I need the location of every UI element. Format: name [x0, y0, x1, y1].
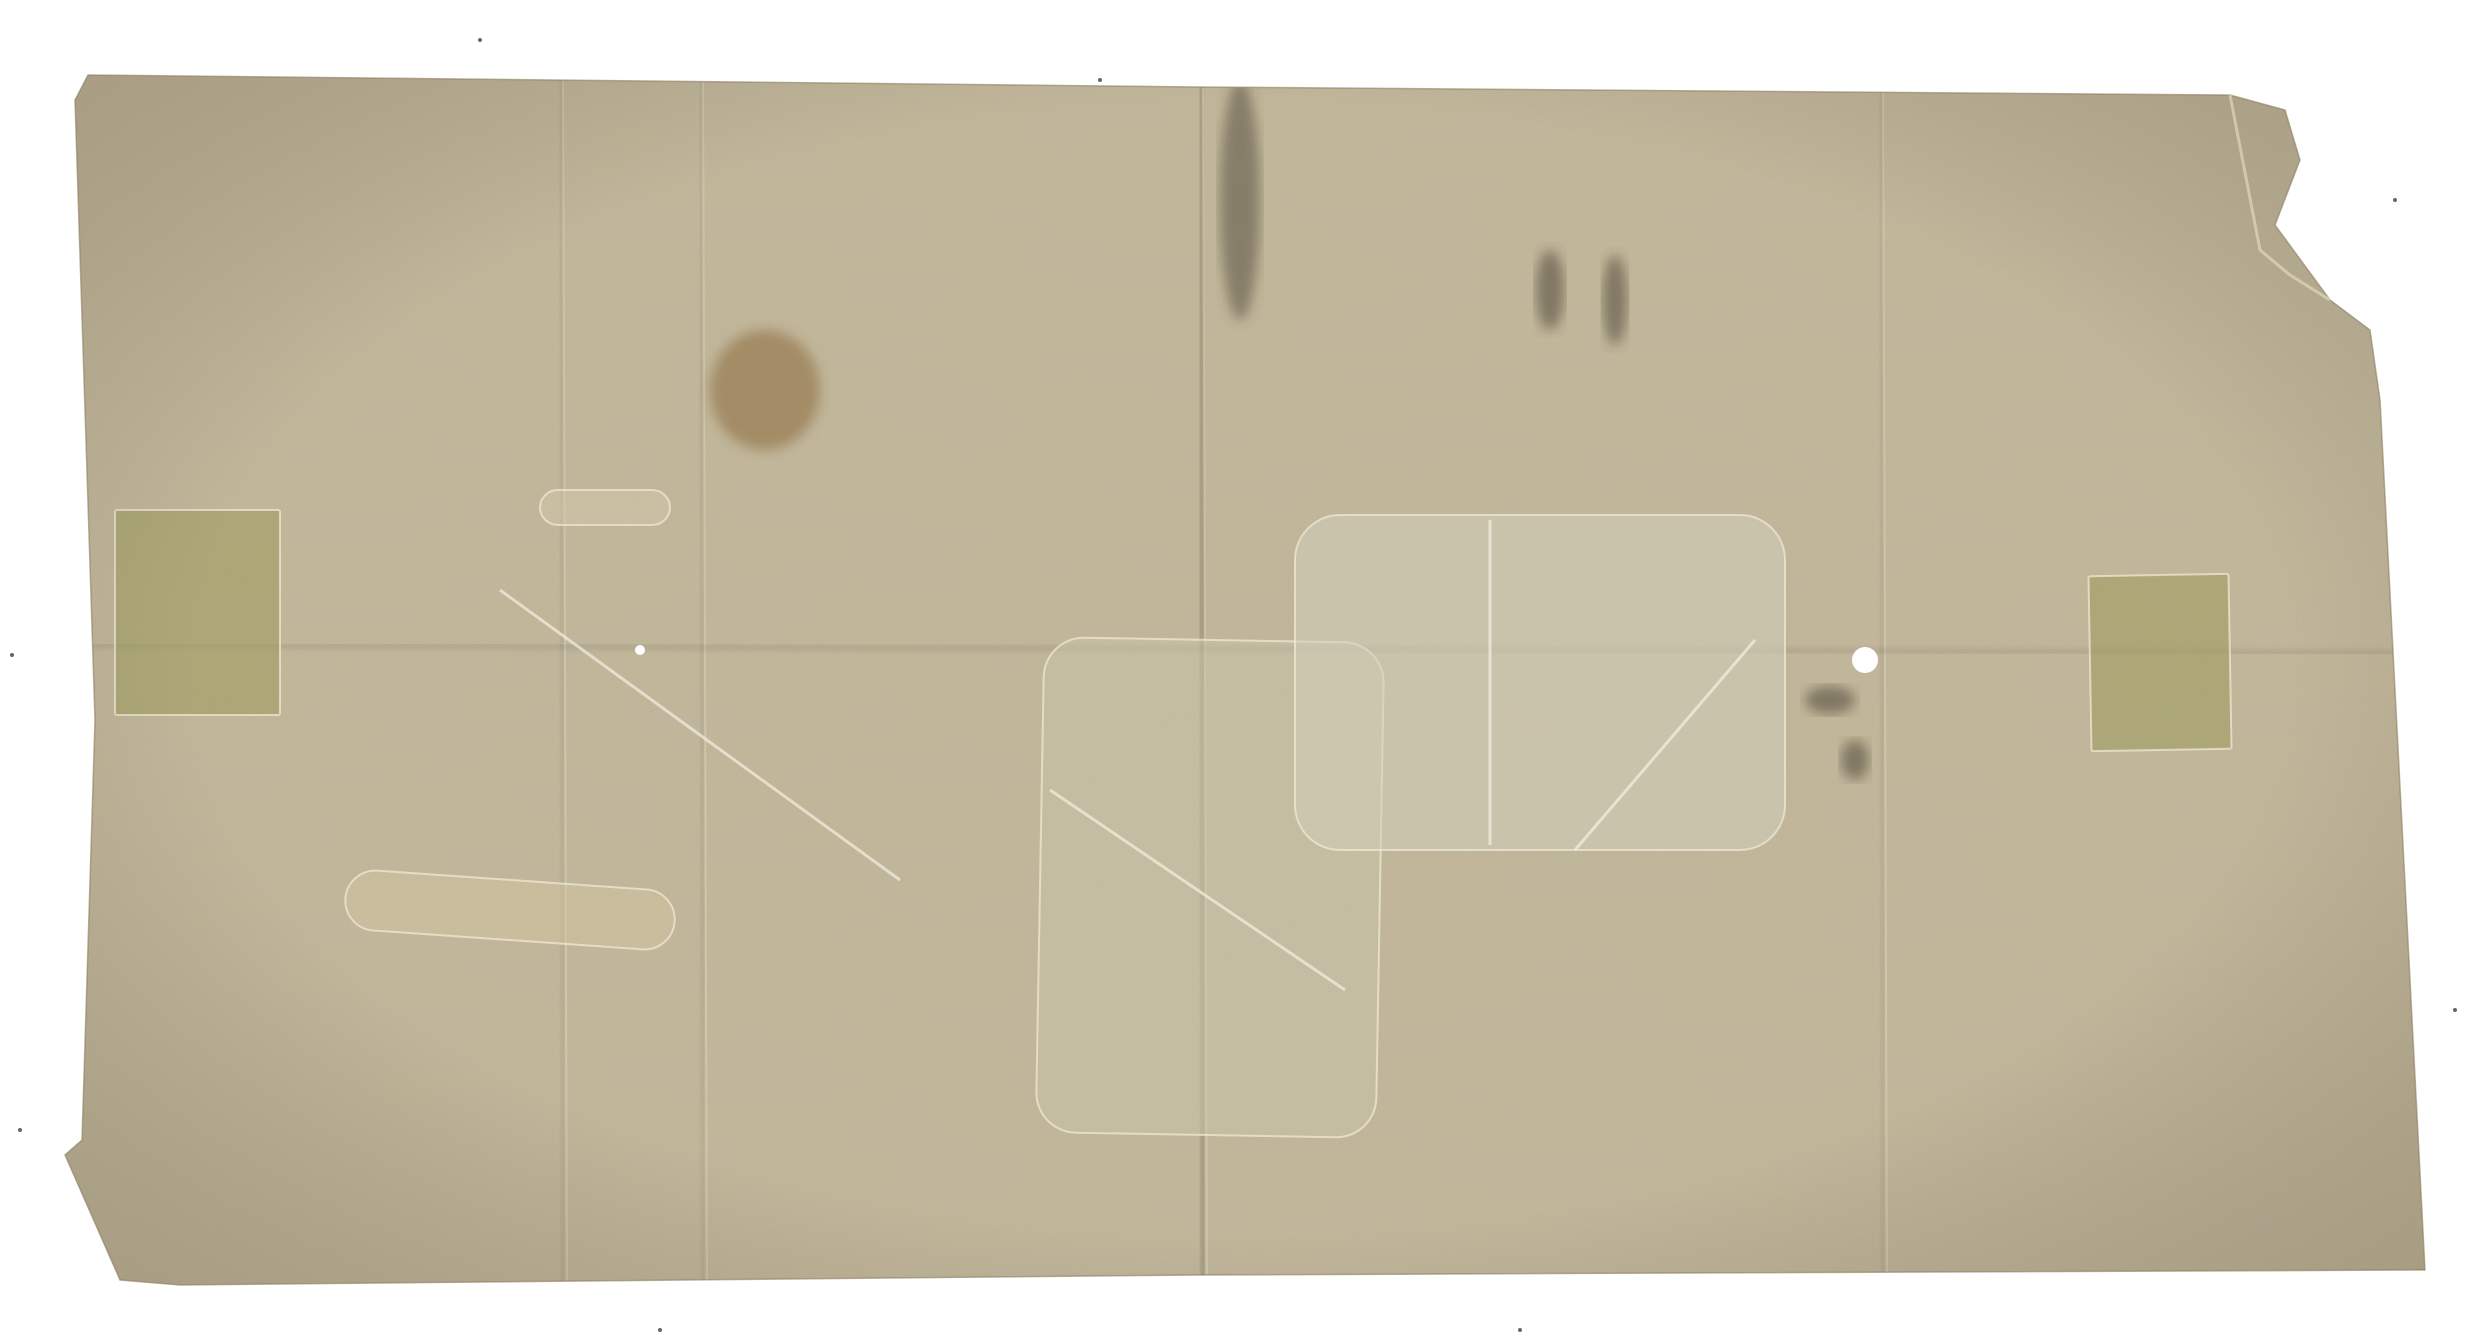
- dust-speck: [478, 38, 482, 42]
- dust-speck: [658, 1328, 662, 1332]
- aged-paper-note: [0, 0, 2481, 1338]
- dust-speck: [2453, 1008, 2457, 1012]
- dust-speck: [2393, 198, 2397, 202]
- dust-speck: [1098, 78, 1102, 82]
- scanned-paper-scene: Reverse side of a worn antique paper not…: [0, 0, 2481, 1338]
- dust-speck: [10, 653, 14, 657]
- dust-speck: [18, 1128, 22, 1132]
- tiny-hole: [635, 645, 645, 655]
- paper-body: [0, 0, 2481, 1338]
- small-hole: [1852, 647, 1878, 673]
- dust-speck: [1518, 1328, 1522, 1332]
